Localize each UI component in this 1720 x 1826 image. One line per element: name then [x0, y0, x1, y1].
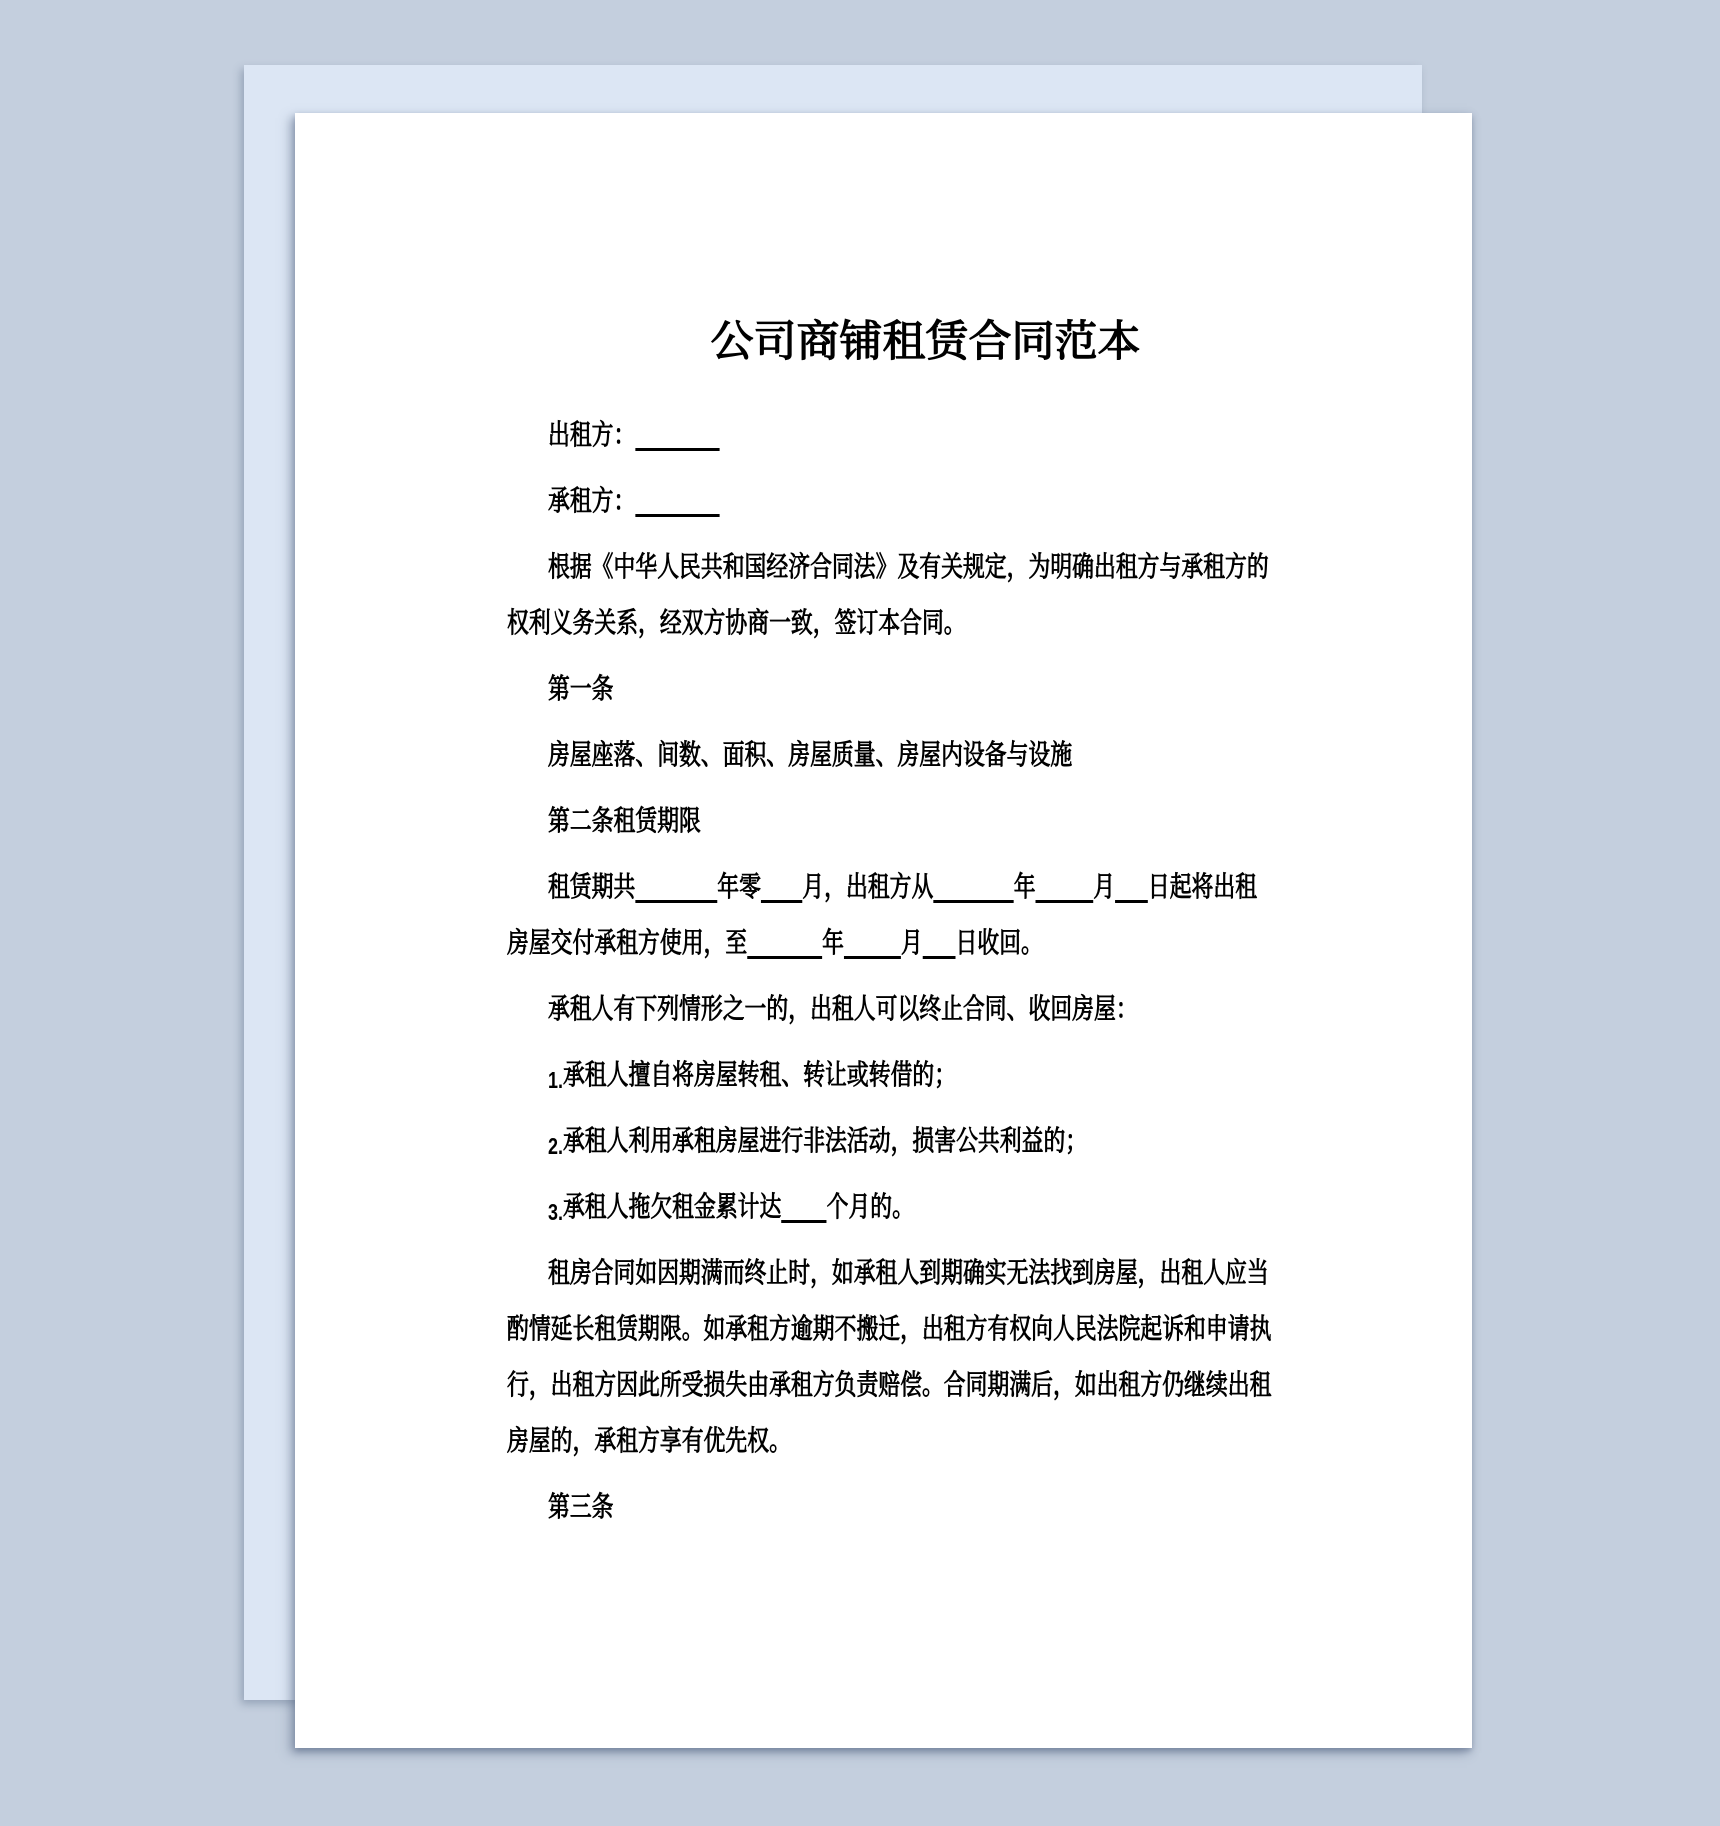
text-segment: 第三条 — [548, 1491, 614, 1522]
blank-underline-field — [1036, 875, 1094, 903]
text-line: 2.承租人利用承租房屋进行非法活动，损害公共利益的； — [507, 1113, 1280, 1169]
text-line: 第二条租赁期限 — [507, 793, 1280, 849]
text-segment: 承租人擅自将房屋转租、转让或转借的； — [563, 1059, 956, 1090]
text-segment: 年 — [1014, 871, 1036, 902]
paragraph: 出租方： — [507, 407, 1280, 463]
text-segment: 个月的。 — [827, 1191, 914, 1222]
blank-underline-field — [844, 931, 901, 959]
text-line: 权利义务关系，经双方协商一致，签订本合同。 — [507, 595, 1280, 651]
text-line: 3.承租人拖欠租金累计达个月的。 — [507, 1179, 1280, 1235]
text-segment: 房屋交付承租方使用，至 — [507, 927, 747, 958]
text-line-content: 第三条 — [548, 1479, 614, 1535]
text-segment: 权利义务关系，经双方协商一致，签订本合同。 — [507, 607, 966, 638]
text-line-content: 租房合同如因期满而终止时，如承租人到期确实无法找到房屋，出租人应当 — [548, 1245, 1269, 1301]
text-line-content: 行，出租方因此所受损失由承租方负责赔偿。合同期满后，如出租方仍继续出租 — [507, 1357, 1271, 1413]
text-line: 根据《中华人民共和国经济合同法》及有关规定，为明确出租方与承租方的 — [507, 539, 1280, 595]
paragraph: 2.承租人利用承租房屋进行非法活动，损害公共利益的； — [507, 1113, 1280, 1169]
text-segment: 根据《中华人民共和国经济合同法》及有关规定，为明确出租方与承租方的 — [548, 551, 1269, 582]
paragraph: 第三条 — [507, 1479, 1280, 1535]
text-line: 1.承租人擅自将房屋转租、转让或转借的； — [507, 1047, 1280, 1103]
text-segment: 月 — [1093, 871, 1115, 902]
blank-underline-field — [933, 875, 1013, 903]
document-content: 公司商铺租赁合同范本 出租方：承租方：根据《中华人民共和国经济合同法》及有关规定… — [507, 313, 1280, 1545]
blank-underline-field — [747, 931, 822, 959]
paragraph: 3.承租人拖欠租金累计达个月的。 — [507, 1179, 1280, 1235]
text-line: 第一条 — [507, 661, 1280, 717]
text-segment: 月 — [901, 927, 923, 958]
paragraph: 房屋座落、间数、面积、房屋质量、房屋内设备与设施 — [507, 727, 1280, 783]
text-line-content: 房屋的，承租方享有优先权。 — [507, 1413, 791, 1469]
blank-underline-field — [1115, 875, 1148, 903]
text-segment: 行，出租方因此所受损失由承租方负责赔偿。合同期满后，如出租方仍继续出租 — [507, 1369, 1271, 1400]
text-line-content: 3.承租人拖欠租金累计达个月的。 — [548, 1179, 914, 1236]
text-line-content: 酌情延长租赁期限。如承租方逾期不搬迁，出租方有权向人民法院起诉和申请执 — [507, 1301, 1271, 1357]
text-segment: 月，出租方从 — [802, 871, 933, 902]
blank-underline-field — [761, 875, 802, 903]
text-line: 租赁期共年零月，出租方从年月日起将出租 — [507, 859, 1280, 915]
text-segment: 出租方： — [548, 419, 635, 450]
text-line: 出租方： — [507, 407, 1280, 463]
text-line-content: 根据《中华人民共和国经济合同法》及有关规定，为明确出租方与承租方的 — [548, 539, 1269, 595]
text-segment: 承租人利用承租房屋进行非法活动，损害公共利益的； — [563, 1125, 1087, 1156]
text-segment: 房屋座落、间数、面积、房屋质量、房屋内设备与设施 — [548, 739, 1072, 770]
text-segment: 酌情延长租赁期限。如承租方逾期不搬迁，出租方有权向人民法院起诉和申请执 — [507, 1313, 1271, 1344]
text-segment: 年零 — [717, 871, 761, 902]
text-segment: 第一条 — [548, 673, 614, 704]
text-line-content: 出租方： — [548, 407, 720, 463]
text-line: 酌情延长租赁期限。如承租方逾期不搬迁，出租方有权向人民法院起诉和申请执 — [507, 1301, 1280, 1357]
text-line-content: 承租人有下列情形之一的，出租人可以终止合同、收回房屋： — [548, 981, 1138, 1037]
blank-underline-field — [635, 489, 719, 517]
paragraph: 承租人有下列情形之一的，出租人可以终止合同、收回房屋： — [507, 981, 1280, 1037]
paragraph: 承租方： — [507, 473, 1280, 529]
text-segment: 房屋的，承租方享有优先权。 — [507, 1425, 791, 1456]
text-line-content: 2.承租人利用承租房屋进行非法活动，损害公共利益的； — [548, 1113, 1087, 1170]
text-segment: 承租人拖欠租金累计达 — [563, 1191, 781, 1222]
document-title: 公司商铺租赁合同范本 — [539, 313, 1312, 373]
text-line: 第三条 — [507, 1479, 1280, 1535]
text-line-content: 房屋交付承租方使用，至年月日收回。 — [507, 915, 1043, 971]
paragraph: 根据《中华人民共和国经济合同法》及有关规定，为明确出租方与承租方的权利义务关系，… — [507, 539, 1280, 651]
paragraph: 1.承租人擅自将房屋转租、转让或转借的； — [507, 1047, 1280, 1103]
text-line-content: 承租方： — [548, 473, 720, 529]
text-line: 行，出租方因此所受损失由承租方负责赔偿。合同期满后，如出租方仍继续出租 — [507, 1357, 1280, 1413]
text-line-content: 第一条 — [548, 661, 614, 717]
text-segment: 第二条租赁期限 — [548, 805, 701, 836]
text-segment: 日收回。 — [956, 927, 1043, 958]
text-line: 房屋座落、间数、面积、房屋质量、房屋内设备与设施 — [507, 727, 1280, 783]
text-segment: 承租方： — [548, 485, 635, 516]
paragraph: 第二条租赁期限 — [507, 793, 1280, 849]
text-line-content: 权利义务关系，经双方协商一致，签订本合同。 — [507, 595, 966, 651]
text-line-content: 1.承租人擅自将房屋转租、转让或转借的； — [548, 1047, 956, 1104]
blank-underline-field — [635, 423, 719, 451]
text-line: 承租方： — [507, 473, 1280, 529]
contract-document-page: 公司商铺租赁合同范本 出租方：承租方：根据《中华人民共和国经济合同法》及有关规定… — [295, 113, 1472, 1748]
list-number: 2. — [548, 1118, 563, 1174]
text-segment: 承租人有下列情形之一的，出租人可以终止合同、收回房屋： — [548, 993, 1138, 1024]
list-number: 3. — [548, 1184, 563, 1240]
blank-underline-field — [635, 875, 717, 903]
list-number: 1. — [548, 1052, 563, 1108]
text-segment: 租房合同如因期满而终止时，如承租人到期确实无法找到房屋，出租人应当 — [548, 1257, 1269, 1288]
document-body: 出租方：承租方：根据《中华人民共和国经济合同法》及有关规定，为明确出租方与承租方… — [507, 407, 1280, 1535]
text-segment: 日起将出租 — [1148, 871, 1257, 902]
blank-underline-field — [923, 931, 956, 959]
paragraph: 租赁期共年零月，出租方从年月日起将出租房屋交付承租方使用，至年月日收回。 — [507, 859, 1280, 971]
text-line: 租房合同如因期满而终止时，如承租人到期确实无法找到房屋，出租人应当 — [507, 1245, 1280, 1301]
paragraph: 第一条 — [507, 661, 1280, 717]
text-line: 房屋的，承租方享有优先权。 — [507, 1413, 1280, 1469]
text-segment: 租赁期共 — [548, 871, 635, 902]
text-line-content: 租赁期共年零月，出租方从年月日起将出租 — [548, 859, 1257, 915]
blank-underline-field — [781, 1195, 826, 1223]
text-segment: 年 — [822, 927, 844, 958]
text-line-content: 房屋座落、间数、面积、房屋质量、房屋内设备与设施 — [548, 727, 1072, 783]
page-background: { "colors":{ "background":"#c4cfde", "ba… — [0, 0, 1720, 1826]
text-line-content: 第二条租赁期限 — [548, 793, 701, 849]
paragraph: 租房合同如因期满而终止时，如承租人到期确实无法找到房屋，出租人应当酌情延长租赁期… — [507, 1245, 1280, 1469]
text-line: 房屋交付承租方使用，至年月日收回。 — [507, 915, 1280, 971]
text-line: 承租人有下列情形之一的，出租人可以终止合同、收回房屋： — [507, 981, 1280, 1037]
